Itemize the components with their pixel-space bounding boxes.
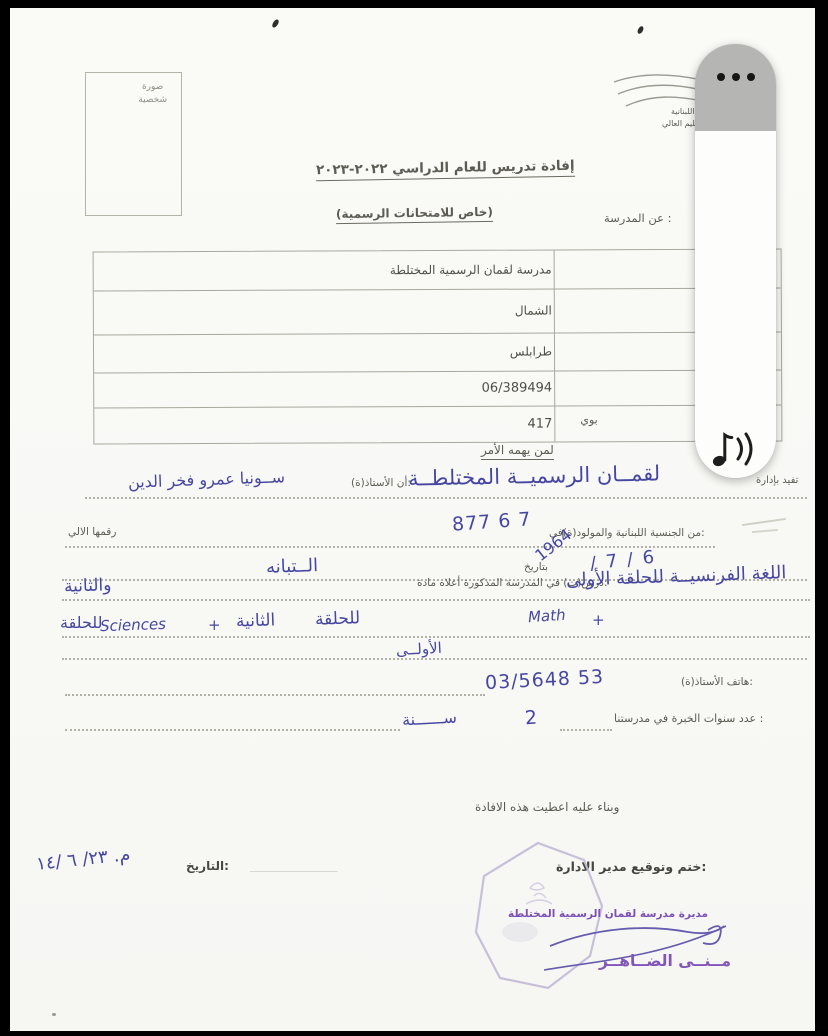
faint-line — [250, 871, 338, 872]
governorate-value: الشمال — [94, 290, 552, 335]
photo-placeholder-box: صورة شخصية — [85, 72, 182, 216]
school-info-table: مدرسة لقمان الرسمية المختلطة الشمال طراب… — [93, 248, 783, 444]
table-row: الشمال — [94, 289, 781, 336]
dotted-line — [65, 546, 715, 548]
dotted-line — [62, 636, 810, 638]
scan-speck — [52, 1013, 56, 1016]
ministry-logo-text1: اللبنانية — [671, 107, 695, 116]
school-section-label: عن المدرسة : — [604, 211, 672, 225]
menu-dot-icon — [747, 73, 755, 81]
handwritten-math: Math — [527, 606, 566, 627]
photo-caption-line2: شخصية — [138, 94, 167, 107]
dotted-line — [65, 729, 400, 731]
music-listen-icon[interactable] — [710, 428, 758, 470]
handwritten-subject-2: والثانية — [64, 575, 112, 597]
printed-teacher-label: أن الأستاذ(ة): — [351, 477, 411, 489]
handwritten-subject-seg: الثانية — [236, 610, 276, 631]
teacher-phone-label: هاتف الأستاذ(ة): — [681, 676, 753, 688]
table-row: مدرسة لقمان الرسمية المختلطة — [94, 250, 781, 292]
handwritten-sciences: Sciences — [100, 615, 167, 635]
menu-dot-icon — [732, 73, 740, 81]
table-row: 417 بوي — [94, 406, 781, 444]
dotted-line — [65, 694, 485, 696]
photo-placeholder-caption: صورة شخصية — [138, 81, 167, 107]
concern-heading-text: لمن يهمه الأمر — [481, 443, 554, 460]
pill-handle[interactable] — [695, 44, 776, 131]
phone-number-value: 06/389494 — [94, 372, 552, 408]
document-subtitle-text: (خاص للامتحانات الرسمية) — [336, 205, 493, 224]
letterbox-left — [0, 0, 10, 1036]
menu-dot-icon — [717, 73, 725, 81]
table-row: طرابلس — [94, 333, 781, 374]
letterbox-bottom — [0, 1031, 828, 1036]
handwritten-subject-tail: الأولــى — [396, 639, 443, 659]
grant-statement: وبناء عليه اعطيت هذه الافادة — [475, 800, 619, 814]
dotted-line — [62, 599, 810, 601]
serial-number-label: رقمها الالي — [68, 526, 116, 538]
table-row: 06/389494 — [94, 371, 781, 409]
handwritten-plus: + — [592, 611, 605, 629]
concern-heading: لمن يهمه الأمر — [481, 443, 554, 460]
handwritten-subject-seg: للحلقة — [60, 613, 102, 632]
document-subtitle: (خاص للامتحانات الرسمية) — [336, 205, 493, 224]
school-code-value: 417 — [94, 406, 552, 443]
printed-intro: تفيد بإدارة — [756, 475, 798, 486]
handwritten-birthplace: الــتبانه — [266, 555, 319, 578]
table-label-fragment: بوي — [580, 413, 597, 426]
date-label: التاريخ: — [186, 859, 229, 873]
letterbox-right — [815, 0, 828, 1036]
dotted-line — [560, 729, 612, 731]
dotted-line — [62, 658, 807, 660]
district-value: طرابلس — [94, 334, 552, 373]
screenshot-page: صورة شخصية اللبنانية لتعليم العالي إفادة… — [0, 0, 828, 1036]
school-name-value: مدرسة لقمان الرسمية المختلطة — [94, 251, 552, 291]
photo-caption-line1: صورة — [138, 81, 167, 94]
handwritten-experience-number: 2 — [524, 707, 538, 730]
floating-assist-pill[interactable] — [695, 44, 776, 478]
letterbox-top — [0, 0, 828, 8]
handwritten-experience-word: ســــــنة — [402, 708, 458, 730]
experience-years-label: عدد سنوات الخبرة في مدرستنا : — [614, 712, 763, 725]
ministry-logo-arcs — [612, 70, 704, 112]
handwritten-subject-seg: للحلقة — [315, 608, 361, 630]
director-name-stamp: مــنــى الضــاهــر — [599, 952, 731, 970]
dotted-line — [85, 497, 807, 499]
handwritten-plus: + — [208, 616, 221, 634]
